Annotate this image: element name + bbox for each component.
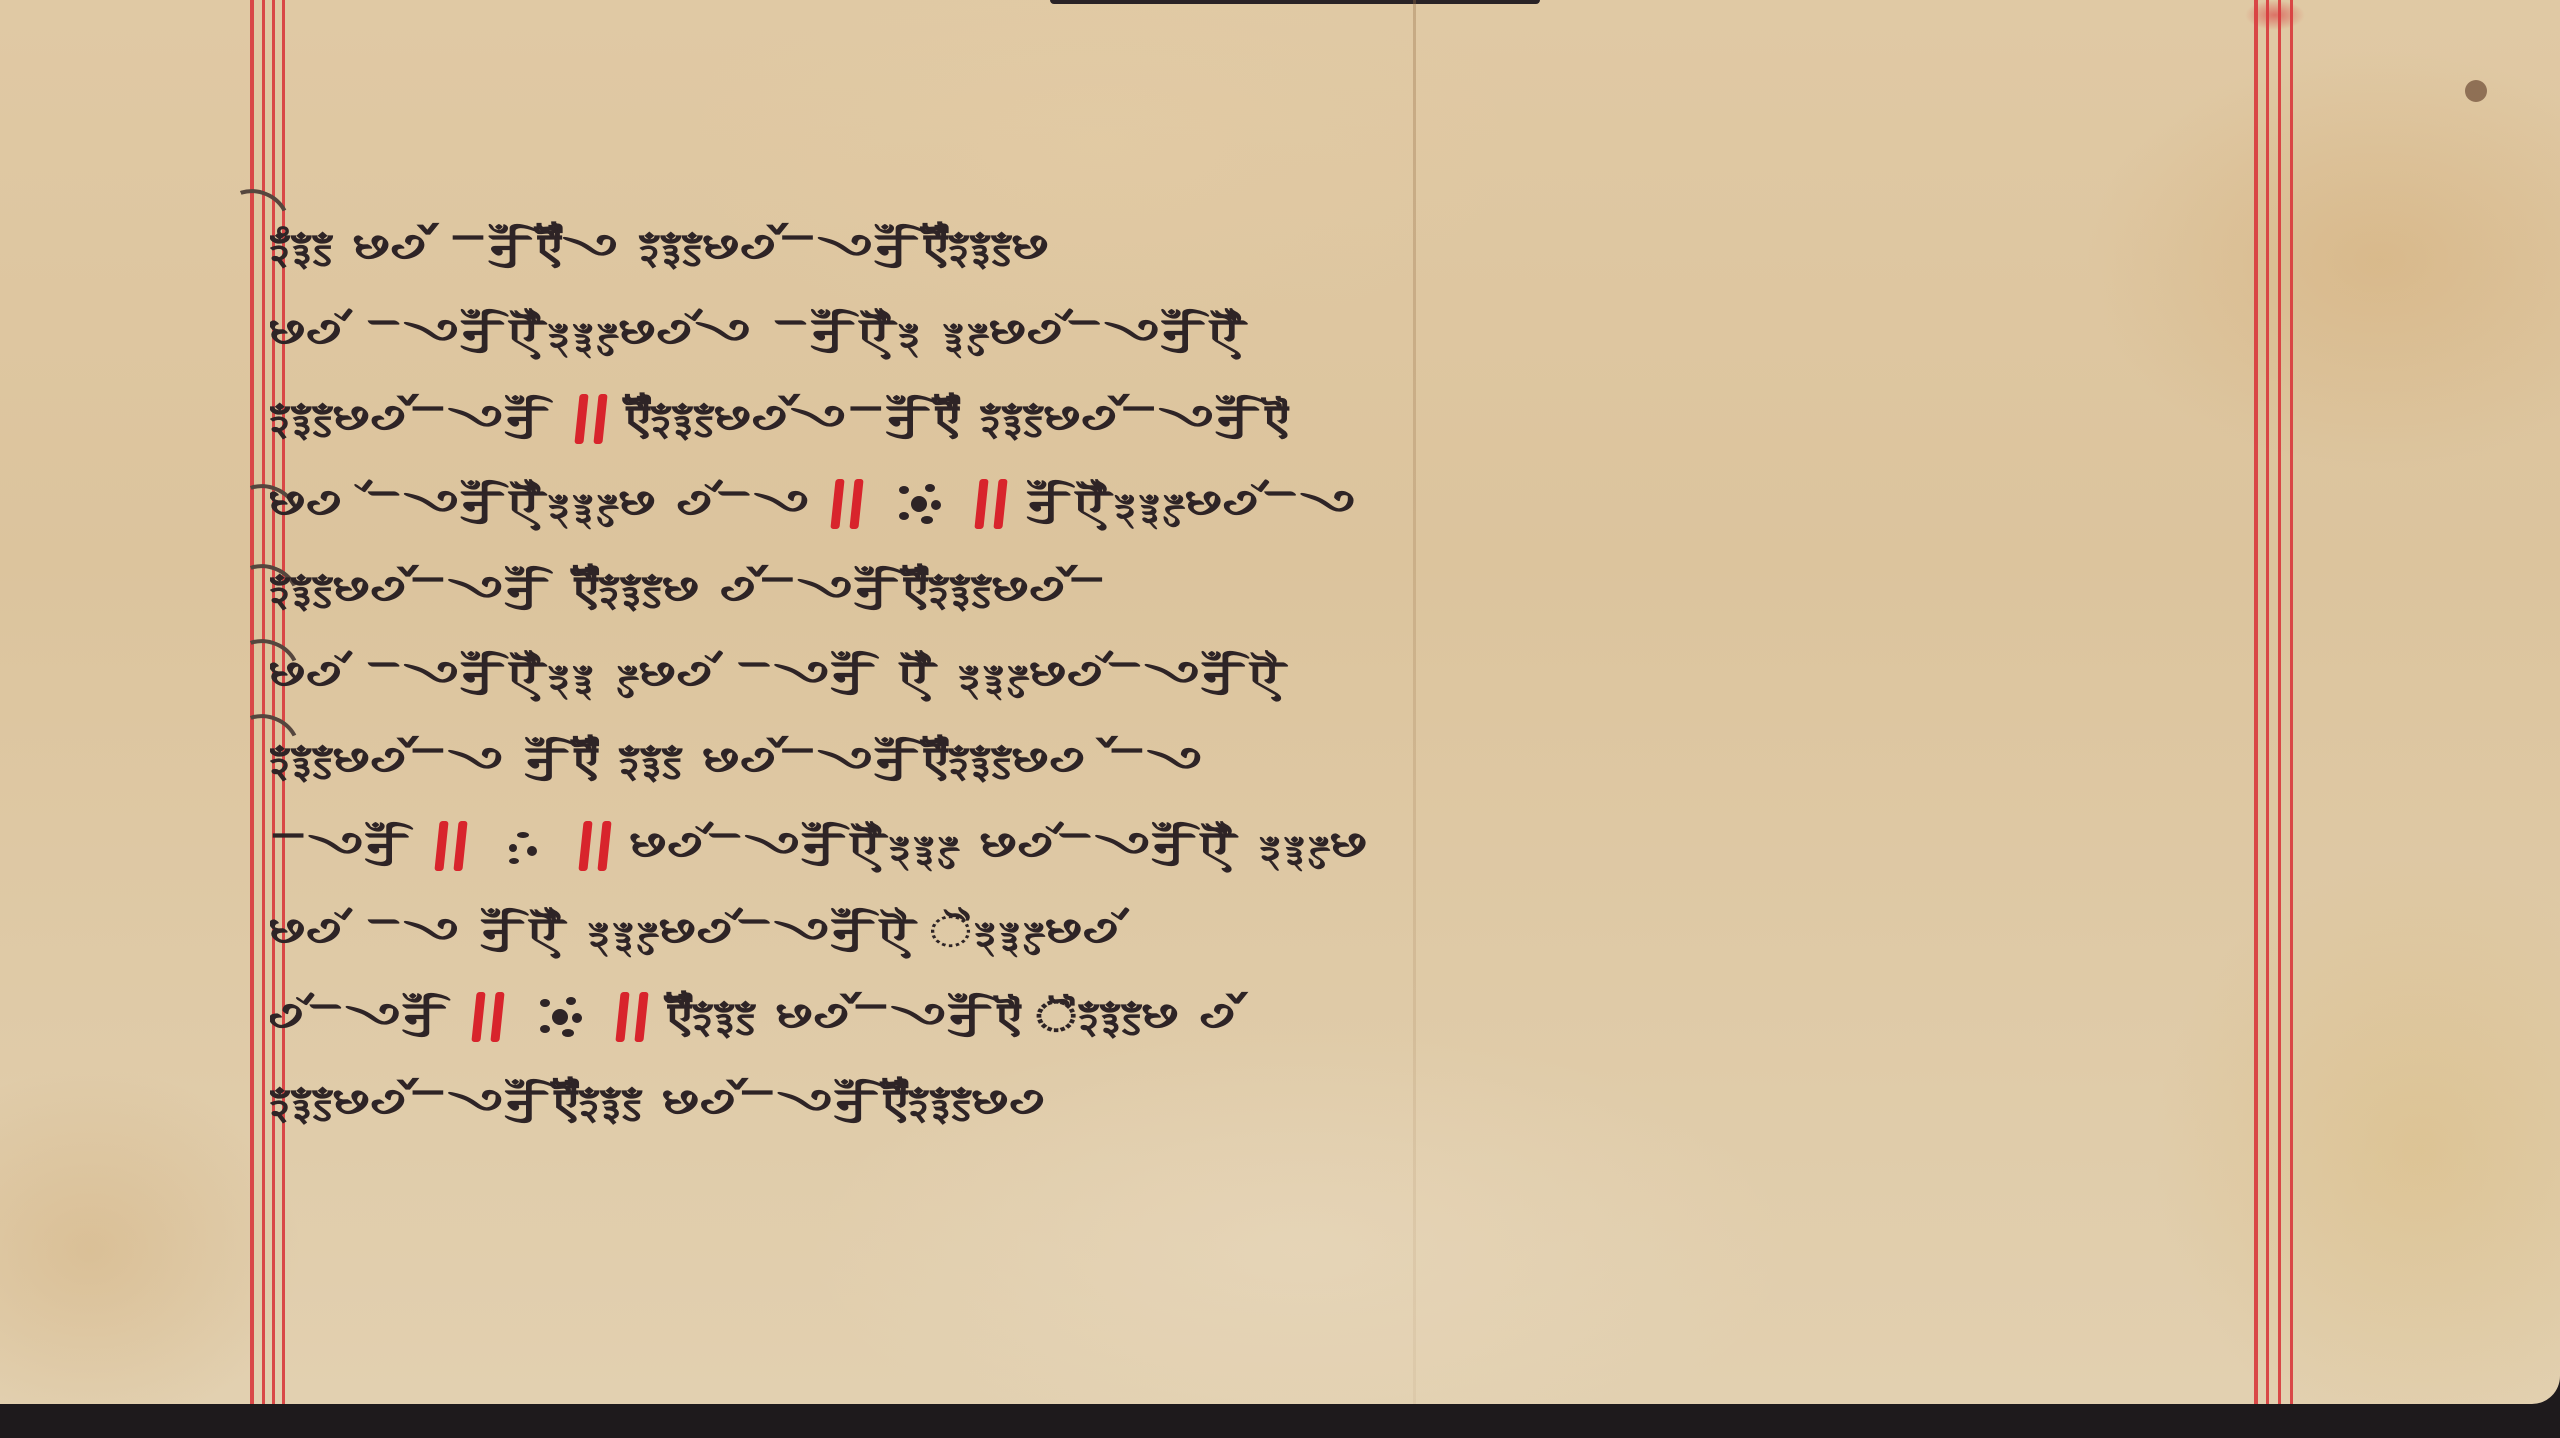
red-double-danda-icon [618, 991, 646, 1043]
script-segment: ꣸꣹꣺ ꣻ꣼ꣽꣾꣿꣵꣶꣷ꣸꣹꣺꣼ ꣻꣽꣾꣿꣵ ꣶꣷ꣸꣹꣺ꣻ꣼ꣽꣾꣿ [270, 312, 1247, 355]
text-line: ꣸꣹꣺ ꣻ꣼ ꣽꣾꣿ ꣵꣶꣷ꣸꣹꣺ꣻ꣼ꣽꣾ ꣿꣵꣶꣷ꣸꣹꣺ [270, 889, 2252, 975]
script-segment: ꣸꣹ ꣺ꣻ꣼ꣽꣾꣿꣵꣶꣷ꣸ ꣹꣺ꣻ꣼ [270, 483, 811, 526]
text-line: ꣸꣹ ꣺ꣻ꣼ꣽꣾꣿꣵꣶꣷ꣸ ꣹꣺ꣻ꣼ ꣽꣾꣿꣵꣶꣷ꣸꣹꣺ꣻ꣼ [270, 462, 2252, 548]
right-margin-rule [2266, 0, 2269, 1404]
paper-stain-spot [2465, 80, 2487, 102]
script-segment: ꣸꣹꣺ ꣻ꣼ ꣽꣾꣿ ꣵꣶꣷ꣸꣹꣺ꣻ꣼ꣽꣾ ꣿꣵꣶꣷ꣸꣹꣺ [270, 910, 1122, 953]
script-segment: ꣾꣿꣵꣶꣷ ꣸꣹꣺ꣻ꣼ꣽꣾ ꣿꣵꣶꣷ꣸ ꣹꣺ [668, 996, 1238, 1039]
red-double-danda-icon [833, 478, 861, 530]
manuscript-folio: ꣵ꣠ꣶꣷ ꣸꣹꣺ ꣻꣽꣾꣿ꣼ ꣵꣶꣷ꣸꣹꣺ꣻ꣼ꣽꣾꣿꣵꣶꣷ꣸ ꣸꣹꣺ ꣻ꣼ꣽꣾꣿ… [0, 0, 2560, 1404]
flower-ornament-icon [536, 993, 584, 1041]
flower-ornament-icon [895, 480, 943, 528]
red-double-danda-icon [474, 991, 502, 1043]
text-line: ꣵ꣠ꣶꣷ ꣸꣹꣺ ꣻꣽꣾꣿ꣼ ꣵꣶꣷ꣸꣹꣺ꣻ꣼ꣽꣾꣿꣵꣶꣷ꣸ [270, 205, 2252, 291]
script-segment: ꣻ꣼ꣽ [270, 825, 415, 868]
script-segment: ꣵꣶꣷ꣸꣹꣺ꣻ꣼ ꣽꣾꣿ ꣵꣶꣷ ꣸꣹꣺ꣻ꣼ꣽꣾꣿꣵꣶꣷ꣸꣹ ꣺ꣻ꣼ [270, 739, 1204, 782]
red-double-danda-icon [437, 820, 465, 872]
folio-top-edge-shadow [1050, 0, 1540, 4]
manuscript-text-block: ꣵ꣠ꣶꣷ ꣸꣹꣺ ꣻꣽꣾꣿ꣼ ꣵꣶꣷ꣸꣹꣺ꣻ꣼ꣽꣾꣿꣵꣶꣷ꣸ ꣸꣹꣺ ꣻ꣼ꣽꣾꣿ… [270, 205, 2252, 1146]
manuscript-photo: ꣵ꣠ꣶꣷ ꣸꣹꣺ ꣻꣽꣾꣿ꣼ ꣵꣶꣷ꣸꣹꣺ꣻ꣼ꣽꣾꣿꣵꣶꣷ꣸ ꣸꣹꣺ ꣻ꣼ꣽꣾꣿ… [0, 0, 2560, 1438]
script-segment: ꣽꣾꣿꣵꣶꣷ꣸꣹꣺ꣻ꣼ [1027, 483, 1357, 526]
script-segment: ꣸꣹꣺ꣻ꣼ꣽꣾꣿꣵꣶꣷ ꣸꣹꣺ꣻ꣼ꣽꣾꣿ ꣵꣶꣷ꣸ [631, 825, 1370, 868]
script-segment: ꣵꣶꣷ꣸꣹꣺ꣻ꣼ꣽ [270, 397, 555, 440]
text-line: ꣹꣺ꣻ꣼ꣽ ꣾꣿꣵꣶꣷ ꣸꣹꣺ꣻ꣼ꣽꣾ ꣿꣵꣶꣷ꣸ ꣹꣺ [270, 975, 2252, 1061]
script-segment: ꣹꣺ꣻ꣼ꣽ [270, 996, 452, 1039]
text-line: ꣵꣶꣷ꣸꣹꣺ꣻ꣼ꣽ ꣾꣿꣵꣶꣷ꣸꣹꣺꣼ꣻꣽꣾꣿ ꣵꣶꣷ꣸꣹꣺ꣻ꣼ꣽꣾ [270, 376, 2252, 462]
script-segment: ꣵꣶꣷ꣸꣹꣺ꣻ꣼ꣽꣾꣿꣵꣶꣷ ꣸꣹꣺ꣻ꣼ꣽꣾꣿꣵꣶꣷ꣸꣹ [270, 1081, 1046, 1124]
text-line: ꣸꣹꣺ ꣻ꣼ꣽꣾꣿꣵꣶꣷ꣸꣹꣺꣼ ꣻꣽꣾꣿꣵ ꣶꣷ꣸꣹꣺ꣻ꣼ꣽꣾꣿ [270, 291, 2252, 377]
right-margin-rule [2290, 0, 2293, 1404]
red-double-danda-icon [577, 393, 605, 445]
text-line: ꣸꣹꣺ ꣻ꣼ꣽꣾꣿꣵꣶ ꣷ꣸꣹꣺ ꣻ꣼ꣽ ꣾꣿ ꣵꣶꣷ꣸꣹꣺ꣻ꣼ꣽꣾ [270, 633, 2252, 719]
text-line: ꣵꣶꣷ꣸꣹꣺ꣻ꣼ꣽ ꣾꣿꣵꣶꣷ꣸ ꣹꣺ꣻ꣼ꣽꣾꣿꣵꣶꣷ꣸꣹꣺ꣻ [270, 547, 2252, 633]
script-segment: ꣸꣹꣺ ꣻ꣼ꣽꣾꣿꣵꣶ ꣷ꣸꣹꣺ ꣻ꣼ꣽ ꣾꣿ ꣵꣶꣷ꣸꣹꣺ꣻ꣼ꣽꣾ [270, 654, 1287, 697]
red-double-danda-icon [581, 820, 609, 872]
backdrop-band [0, 1404, 2560, 1438]
red-double-danda-icon [977, 478, 1005, 530]
red-ink-smudge [2245, 0, 2305, 30]
script-segment: ꣵꣶꣷ꣸꣹꣺ꣻ꣼ꣽ ꣾꣿꣵꣶꣷ꣸ ꣹꣺ꣻ꣼ꣽꣾꣿꣵꣶꣷ꣸꣹꣺ꣻ [270, 568, 1107, 611]
script-segment: ꣾꣿꣵꣶꣷ꣸꣹꣺꣼ꣻꣽꣾꣿ ꣵꣶꣷ꣸꣹꣺ꣻ꣼ꣽꣾ [627, 397, 1290, 440]
right-margin-rule [2278, 0, 2281, 1404]
right-margin-rule [2254, 0, 2258, 1404]
text-line: ꣵꣶꣷ꣸꣹꣺ꣻ꣼ ꣽꣾꣿ ꣵꣶꣷ ꣸꣹꣺ꣻ꣼ꣽꣾꣿꣵꣶꣷ꣸꣹ ꣺ꣻ꣼ [270, 718, 2252, 804]
text-line: ꣵꣶꣷ꣸꣹꣺ꣻ꣼ꣽꣾꣿꣵꣶꣷ ꣸꣹꣺ꣻ꣼ꣽꣾꣿꣵꣶꣷ꣸꣹ [270, 1060, 2252, 1146]
script-segment: ꣵ꣠ꣶꣷ ꣸꣹꣺ ꣻꣽꣾꣿ꣼ ꣵꣶꣷ꣸꣹꣺ꣻ꣼ꣽꣾꣿꣵꣶꣷ꣸ [270, 226, 1051, 269]
text-line: ꣻ꣼ꣽ ꣸꣹꣺ꣻ꣼ꣽꣾꣿꣵꣶꣷ ꣸꣹꣺ꣻ꣼ꣽꣾꣿ ꣵꣶꣷ꣸ [270, 804, 2252, 890]
flower-ornament-icon [499, 822, 547, 870]
